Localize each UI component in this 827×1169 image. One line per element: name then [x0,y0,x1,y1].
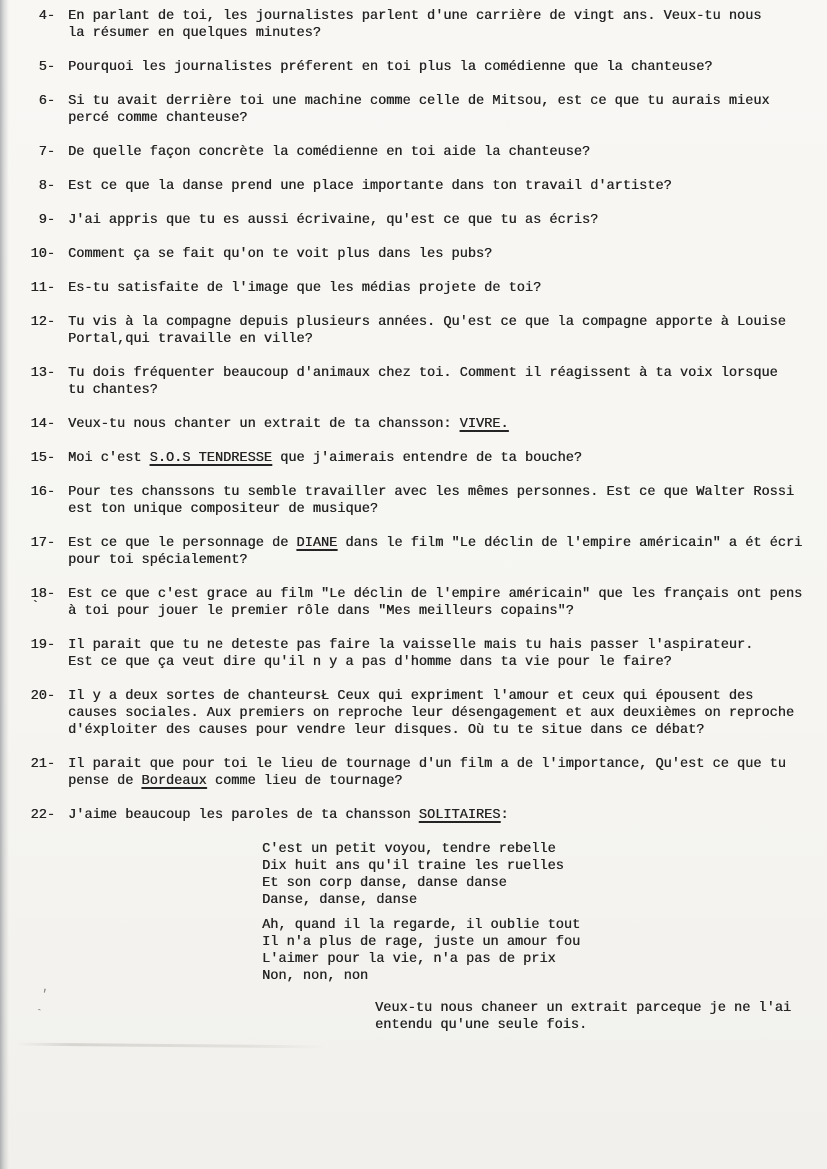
question-item: 11-Es-tu satisfaite de l'image que les m… [0,280,827,297]
lyrics-block: C'est un petit voyou, tendre rebelleDix … [262,841,827,985]
question-number: 21- [0,756,55,790]
lyric-line: Danse, danse, danse [262,892,827,909]
question-item: 8-Est ce que la danse prend une place im… [0,178,827,195]
question-item: 13-Tu dois fréquenter beaucoup d'animaux… [0,365,827,399]
text-segment: Il parait que pour toi le lieu de tourna… [68,757,786,772]
question-line: Il parait que tu ne deteste pas faire la… [68,637,753,654]
scan-streak-artifact [16,1043,326,1049]
text-segment: d'éxploiter des causes pour vendre leur … [68,723,704,738]
question-line: En parlant de toi, les journalistes parl… [68,8,761,25]
question-line: J'ai appris que tu es aussi écrivaine, q… [68,212,598,229]
question-line: Moi c'est S.O.S TENDRESSE que j'aimerais… [68,450,582,467]
question-number: 14- [0,416,55,433]
question-number: 10- [0,246,55,263]
text-segment: : [500,808,508,823]
document-page: 4-En parlant de toi, les journalistes pa… [0,8,827,1034]
lyric-line: Dix huit ans qu'il traine les ruelles [262,858,827,875]
question-number: 17- [0,535,55,569]
lyric-line: Il n'a plus de rage, juste un amour fou [262,934,827,951]
closing-note: Veux-tu nous chaneer un extrait parceque… [375,1000,827,1034]
question-text: Es-tu satisfaite de l'image que les médi… [68,280,541,297]
question-line: pense de Bordeaux comme lieu de tournage… [68,773,786,790]
question-line: Tu dois fréquenter beaucoup d'animaux ch… [68,365,778,382]
question-line: Pour tes chanssons tu semble travailler … [68,484,794,501]
question-number: 4- [0,8,55,42]
text-segment: Moi c'est [68,451,150,466]
lyric-line: Ah, quand il la regarde, il oublie tout [262,917,827,934]
question-item: 5-Pourquoi les journalistes préferent en… [0,59,827,76]
question-item: 20-Il y a deux sortes de chanteursŁ Ceux… [0,688,827,739]
text-segment: est ton unique compositeur de musique? [68,502,378,517]
question-number: 16- [0,484,55,518]
question-number: 12- [0,314,55,348]
question-item: 21-Il parait que pour toi le lieu de tou… [0,756,827,790]
question-line: Veux-tu nous chanter un extrait de ta ch… [68,416,509,433]
question-item: 16-Pour tes chanssons tu semble travaill… [0,484,827,518]
question-item: 4-En parlant de toi, les journalistes pa… [0,8,827,42]
stray-typewriter-mark: ` [31,599,39,616]
question-list: 4-En parlant de toi, les journalistes pa… [0,8,827,824]
text-segment: tu chantes? [68,383,158,398]
question-number: 13- [0,365,55,399]
question-text: Tu dois fréquenter beaucoup d'animaux ch… [68,365,778,399]
text-segment: En parlant de toi, les journalistes parl… [68,9,761,24]
question-text: Tu vis à la compagne depuis plusieurs an… [68,314,786,348]
question-number: 11- [0,280,55,297]
question-line: Portal,qui travaille en ville? [68,331,786,348]
text-segment: Il y a deux sortes de chanteursŁ Ceux qu… [68,689,753,704]
underlined-title: VIVRE. [460,417,509,432]
question-line: Es-tu satisfaite de l'image que les médi… [68,280,541,297]
question-number: 18- [0,586,55,620]
question-line: Est ce que ça veut dire qu'il n y a pas … [68,654,753,671]
question-item: 18-`Est ce que c'est grace au film "Le d… [0,586,827,620]
text-segment: J'ai appris que tu es aussi écrivaine, q… [68,213,598,228]
question-number: 6- [0,93,55,127]
lyrics-stanza: C'est un petit voyou, tendre rebelleDix … [262,841,827,909]
question-line: est ton unique compositeur de musique? [68,501,794,518]
text-segment: Il parait que tu ne deteste pas faire la… [68,638,753,653]
question-item: 9-J'ai appris que tu es aussi écrivaine,… [0,212,827,229]
text-segment: percé comme chanteuse? [68,111,247,126]
text-segment: Tu vis à la compagne depuis plusieurs an… [68,315,786,330]
question-number: 8- [0,178,55,195]
text-segment: dans le film "Le déclin de l'empire amér… [337,536,802,551]
text-segment: De quelle façon concrète la comédienne e… [68,145,590,160]
question-text: Il y a deux sortes de chanteursŁ Ceux qu… [68,688,794,739]
text-segment: Est ce que la danse prend une place impo… [68,179,672,194]
closing-line: Veux-tu nous chaneer un extrait parceque… [375,1000,827,1017]
question-text: Est ce que c'est grace au film "Le décli… [68,586,802,620]
question-line: Si tu avait derrière toi une machine com… [68,93,770,110]
underlined-title: SOLITAIRES [419,808,501,823]
question-text: Veux-tu nous chanter un extrait de ta ch… [68,416,509,433]
question-number: 20- [0,688,55,739]
question-text: Pourquoi les journalistes préferent en t… [68,59,712,76]
question-number: 15- [0,450,55,467]
question-item: 6-Si tu avait derrière toi une machine c… [0,93,827,127]
underlined-title: DIANE [296,536,337,551]
text-segment: Pourquoi les journalistes préferent en t… [68,60,712,75]
question-text: Est ce que la danse prend une place impo… [68,178,672,195]
question-line: Comment ça se fait qu'on te voit plus da… [68,246,492,263]
question-line: Est ce que le personnage de DIANE dans l… [68,535,802,552]
question-line: la résumer en quelques minutes? [68,25,761,42]
question-text: Moi c'est S.O.S TENDRESSE que j'aimerais… [68,450,582,467]
question-item: 17-Est ce que le personnage de DIANE dan… [0,535,827,569]
question-text: J'aime beaucoup les paroles de ta chanss… [68,807,509,824]
question-line: Est ce que c'est grace au film "Le décli… [68,586,802,603]
text-segment: Est ce que ça veut dire qu'il n y a pas … [68,655,672,670]
text-segment: pense de [68,774,141,789]
question-line: Pourquoi les journalistes préferent en t… [68,59,712,76]
question-item: 19-Il parait que tu ne deteste pas faire… [0,637,827,671]
text-segment: la résumer en quelques minutes? [68,26,321,41]
text-segment: J'aime beaucoup les paroles de ta chanss… [68,808,419,823]
question-line: Il parait que pour toi le lieu de tourna… [68,756,786,773]
question-line: Est ce que la danse prend une place impo… [68,178,672,195]
question-text: En parlant de toi, les journalistes parl… [68,8,761,42]
question-number: 19- [0,637,55,671]
question-text: Si tu avait derrière toi une machine com… [68,93,770,127]
question-line: d'éxploiter des causes pour vendre leur … [68,722,794,739]
question-item: 22-J'aime beaucoup les paroles de ta cha… [0,807,827,824]
question-item: 15-Moi c'est S.O.S TENDRESSE que j'aimer… [0,450,827,467]
question-line: pour toi spécialement? [68,552,802,569]
question-text: Est ce que le personnage de DIANE dans l… [68,535,802,569]
scanned-document: { "page": { "paper_color": "#f6f5f1", "i… [0,0,827,1169]
question-line: tu chantes? [68,382,778,399]
lyric-line: Non, non, non [262,968,827,985]
question-text: Comment ça se fait qu'on te voit plus da… [68,246,492,263]
question-line: causes sociales. Aux premiers on reproch… [68,705,794,722]
lyrics-stanza: Ah, quand il la regarde, il oublie toutI… [262,917,827,985]
text-segment: Est ce que le personnage de [68,536,296,551]
question-item: 10-Comment ça se fait qu'on te voit plus… [0,246,827,263]
question-number: 9- [0,212,55,229]
question-line: percé comme chanteuse? [68,110,770,127]
question-item: 12-Tu vis à la compagne depuis plusieurs… [0,314,827,348]
lyric-line: L'aimer pour la vie, n'a pas de prix [262,951,827,968]
text-segment: comme lieu de tournage? [207,774,403,789]
question-item: 7-De quelle façon concrète la comédienne… [0,144,827,161]
question-line: Tu vis à la compagne depuis plusieurs an… [68,314,786,331]
lyric-line: Et son corp danse, danse danse [262,875,827,892]
question-line: De quelle façon concrète la comédienne e… [68,144,590,161]
question-text: Il parait que tu ne deteste pas faire la… [68,637,753,671]
closing-line: entendu qu'une seule fois. [375,1017,827,1034]
question-line: Il y a deux sortes de chanteursŁ Ceux qu… [68,688,794,705]
text-segment: causes sociales. Aux premiers on reproch… [68,706,794,721]
text-segment: Veux-tu nous chanter un extrait de ta ch… [68,417,460,432]
text-segment: Portal,qui travaille en ville? [68,332,313,347]
text-segment: que j'aimerais entendre de ta bouche? [272,451,582,466]
question-text: De quelle façon concrète la comédienne e… [68,144,590,161]
text-segment: à toi pour jouer le premier rôle dans "M… [68,604,574,619]
lyric-line: C'est un petit voyou, tendre rebelle [262,841,827,858]
text-segment: Comment ça se fait qu'on te voit plus da… [68,247,492,262]
text-segment: Est ce que c'est grace au film "Le décli… [68,587,802,602]
underlined-title: Bordeaux [141,774,206,789]
text-segment: Es-tu satisfaite de l'image que les médi… [68,281,541,296]
text-segment: Tu dois fréquenter beaucoup d'animaux ch… [68,366,778,381]
question-number: 7- [0,144,55,161]
question-text: J'ai appris que tu es aussi écrivaine, q… [68,212,598,229]
text-segment: pour toi spécialement? [68,553,247,568]
question-number: 5- [0,59,55,76]
underlined-title: S.O.S TENDRESSE [150,451,272,466]
text-segment: Pour tes chanssons tu semble travailler … [68,485,794,500]
question-number: 22- [0,807,55,824]
question-text: Pour tes chanssons tu semble travailler … [68,484,794,518]
question-item: 14-Veux-tu nous chanter un extrait de ta… [0,416,827,433]
text-segment: Si tu avait derrière toi une machine com… [68,94,770,109]
question-text: Il parait que pour toi le lieu de tourna… [68,756,786,790]
question-line: à toi pour jouer le premier rôle dans "M… [68,603,802,620]
question-line: J'aime beaucoup les paroles de ta chanss… [68,807,509,824]
